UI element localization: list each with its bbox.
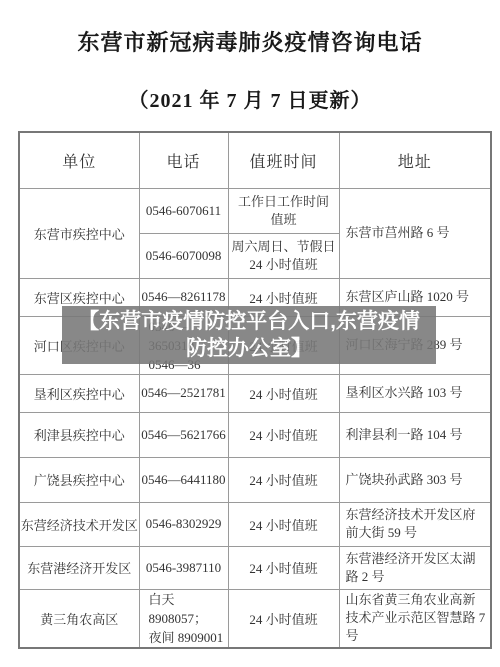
cell-unit: 垦利区疾控中心 <box>19 374 139 412</box>
cell-phone: 0546—6441180 <box>139 457 228 502</box>
cell-duty-time: 24 小时值班 <box>228 502 339 546</box>
cell-phone: 白天 8908057； 夜间 8909001 <box>139 589 228 648</box>
cell-phone: 0546-6070611 <box>139 188 228 233</box>
watermark-line1: 【东营市疫情防控平台入口,东营疫情 <box>62 308 436 335</box>
cell-unit: 广饶县疾控中心 <box>19 457 139 502</box>
cell-address: 垦利区水兴路 103 号 <box>339 374 491 412</box>
table-row: 黄三角农高区 白天 8908057； 夜间 8909001 24 小时值班 山东… <box>19 589 491 648</box>
cell-duty-time: 工作日工作时间 值班 <box>228 188 339 233</box>
cell-address: 广饶块孙武路 303 号 <box>339 457 491 502</box>
cell-unit: 黄三角农高区 <box>19 589 139 648</box>
table-row: 利津县疾控中心 0546—5621766 24 小时值班 利津县利一路 104 … <box>19 412 491 457</box>
header-phone: 电话 <box>139 132 228 188</box>
update-date: （2021 年 7 月 7 日更新） <box>0 84 500 113</box>
table-header-row: 单位 电话 值班时间 地址 <box>19 132 491 188</box>
cell-phone: 0546-6070098 <box>139 233 228 278</box>
header-address: 地址 <box>339 132 491 188</box>
cell-address: 东营市莒州路 6 号 <box>339 188 491 278</box>
cell-duty-time: 24 小时值班 <box>228 546 339 589</box>
cell-address: 山东省黄三角农业高新技术产业示范区智慧路 7 号 <box>339 589 491 648</box>
cell-duty-time: 24 小时值班 <box>228 412 339 457</box>
cell-address: 利津县利一路 104 号 <box>339 412 491 457</box>
cell-duty-time: 24 小时值班 <box>228 589 339 648</box>
cell-address: 东营经济技术开发区府前大街 59 号 <box>339 502 491 546</box>
table-row: 广饶县疾控中心 0546—6441180 24 小时值班 广饶块孙武路 303 … <box>19 457 491 502</box>
cell-address: 东营港经济开发区太湖路 2 号 <box>339 546 491 589</box>
cell-duty-time: 24 小时值班 <box>228 457 339 502</box>
watermark-line2: 防控办公室】 <box>62 335 436 362</box>
cell-phone: 0546—2521781 <box>139 374 228 412</box>
watermark-overlay: 【东营市疫情防控平台入口,东营疫情 防控办公室】 <box>62 306 436 364</box>
header-duty-time: 值班时间 <box>228 132 339 188</box>
table-row: 东营市疾控中心 0546-6070611 工作日工作时间 值班 东营市莒州路 6… <box>19 188 491 233</box>
cell-unit: 东营港经济开发区 <box>19 546 139 589</box>
page-title: 东营市新冠病毒肺炎疫情咨询电话 <box>0 26 500 57</box>
header-unit: 单位 <box>19 132 139 188</box>
cell-unit: 东营经济技术开发区 <box>19 502 139 546</box>
table-row: 东营港经济开发区 0546-3987110 24 小时值班 东营港经济开发区太湖… <box>19 546 491 589</box>
cell-phone: 0546-3987110 <box>139 546 228 589</box>
notice-page: { "title": { "line1": "东营市新冠病毒肺炎疫情咨询电话",… <box>0 0 500 667</box>
cell-duty-time: 周六周日、节假日 24 小时值班 <box>228 233 339 278</box>
cell-duty-time: 24 小时值班 <box>228 374 339 412</box>
cell-phone: 0546—5621766 <box>139 412 228 457</box>
phone-table: 单位 电话 值班时间 地址 东营市疾控中心 0546-6070611 工作日工作… <box>18 131 492 649</box>
table-row: 垦利区疾控中心 0546—2521781 24 小时值班 垦利区水兴路 103 … <box>19 374 491 412</box>
table-row: 东营经济技术开发区 0546-8302929 24 小时值班 东营经济技术开发区… <box>19 502 491 546</box>
cell-unit: 东营市疾控中心 <box>19 188 139 278</box>
cell-phone: 0546-8302929 <box>139 502 228 546</box>
cell-unit: 利津县疾控中心 <box>19 412 139 457</box>
